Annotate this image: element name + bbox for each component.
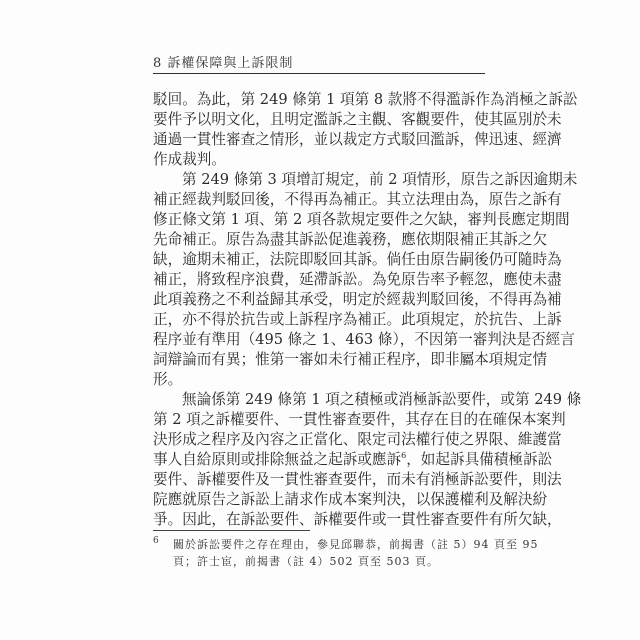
text-line: 修正條文第 1 項、第 2 項各款規定要件之欠缺，審判長應定期間 (153, 210, 487, 230)
text-line: 要件予以明文化，且明定濫訴之主觀、客觀要件，使其區別於未 (153, 110, 487, 130)
text-line-with-footnote-ref: 事人自給原則或排除無益之起訴或應訴6，如起訴具備積極訴訟 (153, 450, 487, 470)
text-line: 詞辯論而有異；惟第一審如未行補正程序，即非屬本項規定情 (153, 350, 487, 370)
chapter-title: 訴權保障與上訴限制 (167, 56, 293, 71)
text-line: 院應就原告之訴訟上請求作成本案判決，以保護權利及解決紛 (153, 490, 487, 510)
page-number: 8 (153, 56, 162, 71)
text-line: 先命補正。原告為盡其訴訟促進義務，應依期限補正其訴之欠 (153, 230, 487, 250)
text-line: 要件、訴權要件及一貫性審查要件，而未有消極訴訟要件，則法 (153, 470, 487, 490)
book-page: 8 訴權保障與上訴限制 駁回。為此，第 249 條第 1 項第 8 款將不得濫訴… (0, 0, 640, 640)
header-rule (153, 73, 485, 74)
text-segment: 事人自給原則或排除無益之起訴或應訴 (153, 451, 401, 468)
footnote: 6 關於訴訟要件之存在理由，參見邱聯恭，前揭書（註 5）94 頁至 95 頁；許… (153, 536, 493, 570)
running-head: 8 訴權保障與上訴限制 (153, 52, 485, 71)
text-line: 駁回。為此，第 249 條第 1 項第 8 款將不得濫訴作為消極之訴訟 (153, 90, 487, 110)
text-line: 爭。因此，在訴訟要件、訴權要件或一貫性審查要件有所欠缺， (153, 510, 487, 530)
text-line: 此項義務之不利益歸其承受，明定於經裁判駁回後，不得再為補 (153, 290, 487, 310)
text-line: 補正經裁判駁回後，不得再為補正。其立法理由為，原告之訴有 (153, 190, 487, 210)
paragraph-start-line: 無論係第 249 條第 1 項之積極或消極訴訟要件，或第 249 條 (153, 390, 487, 410)
paragraph-start-line: 第 249 條第 3 項增訂規定，前 2 項情形，原告之訴因逾期未 (153, 170, 487, 190)
text-line: 決形成之程序及內容之正當化、限定司法權行使之界限、維護當 (153, 430, 487, 450)
text-line: 程序並有準用（495 條之 1、463 條），不因第一審判決是否經言 (153, 330, 487, 350)
text-line: 作成裁判。 (153, 150, 487, 170)
text-segment: ，如起訴具備積極訴訟 (406, 451, 552, 468)
text-line: 正，亦不得於抗告或上訴程序為補正。此項規定，於抗告、上訴 (153, 310, 487, 330)
body-text: 駁回。為此，第 249 條第 1 項第 8 款將不得濫訴作為消極之訴訟 要件予以… (153, 90, 487, 530)
footnote-line: 關於訴訟要件之存在理由，參見邱聯恭，前揭書（註 5）94 頁至 95 (173, 536, 493, 553)
footnote-rule (153, 530, 310, 531)
footnote-number: 6 (153, 536, 159, 546)
text-line: 缺，逾期未補正，法院即駁回其訴。倘任由原告嗣後仍可隨時為 (153, 250, 487, 270)
footnote-line: 頁；許士宦，前揭書（註 4）502 頁至 503 頁。 (173, 553, 493, 570)
text-line: 補正，將致程序浪費，延滯訴訟。為免原告率予輕忽，應使未盡 (153, 270, 487, 290)
text-line: 形。 (153, 370, 487, 390)
text-line: 第 2 項之訴權要件、一貫性審查要件，其存在目的在確保本案判 (153, 410, 487, 430)
text-line: 通過一貫性審查之情形，並以裁定方式駁回濫訴，俾迅速、經濟 (153, 130, 487, 150)
